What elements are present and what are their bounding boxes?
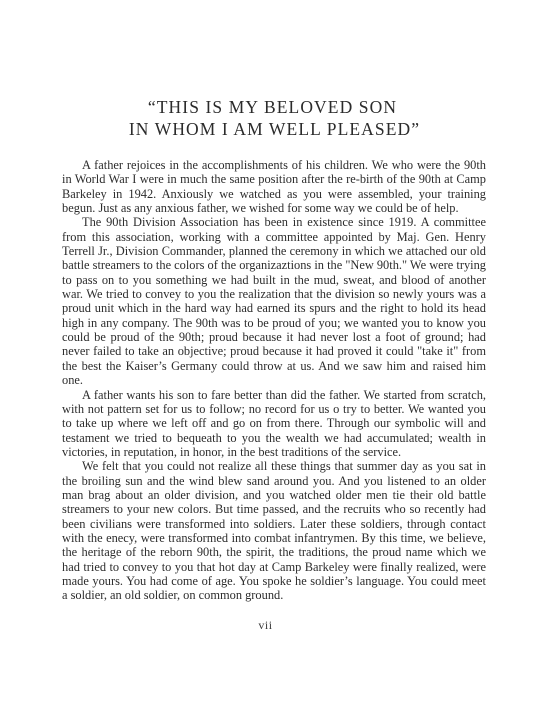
paragraph-3: A father wants his son to fare better th… xyxy=(62,388,486,460)
page-number: vii xyxy=(0,618,541,633)
title-line-2: IN WHOM I AM WELL PLEASED” xyxy=(0,118,541,140)
title-line-1: “THIS IS MY BELOVED SON xyxy=(0,96,541,118)
document-page: “THIS IS MY BELOVED SON IN WHOM I AM WEL… xyxy=(0,0,541,708)
chapter-title: “THIS IS MY BELOVED SON IN WHOM I AM WEL… xyxy=(0,96,541,140)
paragraph-4: We felt that you could not realize all t… xyxy=(62,459,486,602)
paragraph-1: A father rejoices in the accomplishments… xyxy=(62,158,486,215)
body-text: A father rejoices in the accomplishments… xyxy=(62,158,486,603)
paragraph-2: The 90th Division Association has been i… xyxy=(62,215,486,387)
